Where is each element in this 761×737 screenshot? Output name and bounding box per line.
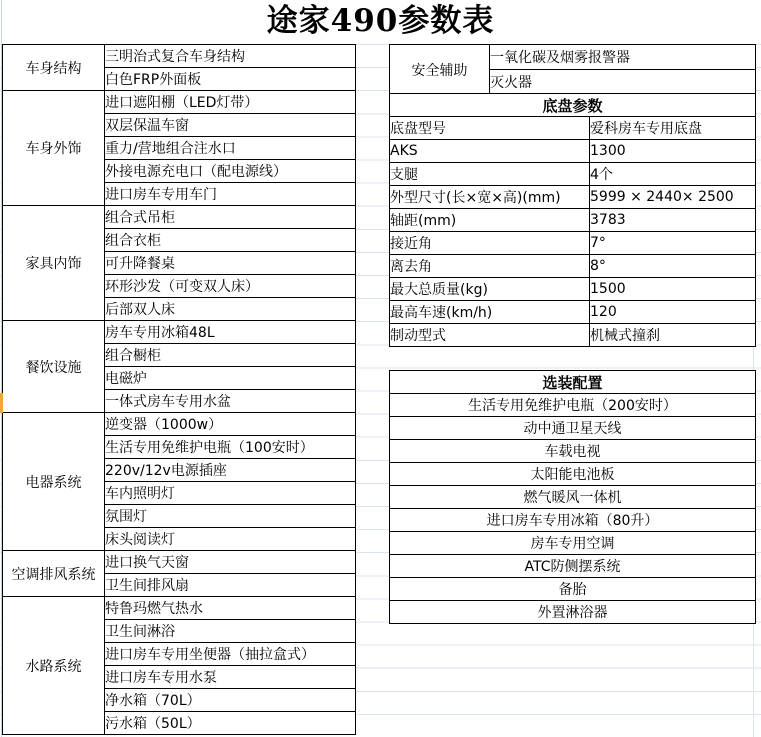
param-value-cell: 机械式撞刹 (590, 324, 756, 347)
optional-item-cell: 备胎 (390, 578, 756, 601)
page-title: 途家490参数表 (0, 0, 761, 44)
feature-item-cell: 双层保温车窗 (105, 114, 356, 137)
feature-item-cell: 组合衣柜 (105, 229, 356, 252)
param-value-cell: 120 (590, 301, 756, 324)
param-value-cell: 8° (590, 255, 756, 278)
table-row: 离去角8° (390, 255, 756, 278)
optional-item-cell: 车载电视 (390, 440, 756, 463)
table-row: AKS1300 (390, 140, 756, 163)
table-row: 空调排风系统进口换气天窗 (3, 551, 356, 574)
table-row: 太阳能电池板 (390, 463, 756, 486)
param-value-cell: 5999 × 2440× 2500 (590, 186, 756, 209)
table-row: 水路系统特鲁玛燃气热水 (3, 597, 356, 620)
optional-item-cell: 房车专用空调 (390, 532, 756, 555)
param-value-cell: 4个 (590, 163, 756, 186)
optional-item-cell: 动中通卫星天线 (390, 417, 756, 440)
table-row: 底盘型号爱科房车专用底盘 (390, 117, 756, 140)
table-row: 动中通卫星天线 (390, 417, 756, 440)
category-cell: 电器系统 (3, 413, 105, 551)
feature-item-cell: 生活专用免维护电瓶（100安时） (105, 436, 356, 459)
param-label-cell: 外型尺寸(长×宽×高)(mm) (390, 186, 590, 209)
safety-item-cell: 灭火器 (490, 70, 756, 95)
param-label-cell: 底盘型号 (390, 117, 590, 140)
param-value-cell: 1300 (590, 140, 756, 163)
feature-item-cell: 可升降餐桌 (105, 252, 356, 275)
table-row: 电器系统逆变器（1000w） (3, 413, 356, 436)
table-row: 接近角7° (390, 232, 756, 255)
category-cell: 车身外饰 (3, 91, 105, 206)
safety-item-cell: 一氧化碳及烟雾报警器 (490, 45, 756, 70)
table-row: 车载电视 (390, 440, 756, 463)
param-value-cell: 1500 (590, 278, 756, 301)
optional-item-cell: 进口房车专用冰箱（80升） (390, 509, 756, 532)
feature-item-cell: 进口房车专用坐便器（抽拉盒式） (105, 643, 356, 666)
optional-config-table: 选装配置生活专用免维护电瓶（200安时）动中通卫星天线车载电视太阳能电池板燃气暖… (389, 370, 756, 624)
feature-item-cell: 环形沙发（可变双人床） (105, 275, 356, 298)
category-cell: 安全辅助 (390, 45, 490, 95)
chassis-header-cell: 底盘参数 (390, 94, 756, 117)
table-row: 最高车速(km/h)120 (390, 301, 756, 324)
table-row: 家具内饰组合式吊柜 (3, 206, 356, 229)
feature-item-cell: 白色FRP外面板 (105, 68, 356, 91)
table-row: 餐饮设施房车专用冰箱48L (3, 321, 356, 344)
optional-item-cell: 燃气暖风一体机 (390, 486, 756, 509)
optional-item-cell: 生活专用免维护电瓶（200安时） (390, 394, 756, 417)
table-row: 进口房车专用冰箱（80升） (390, 509, 756, 532)
param-label-cell: 轴距(mm) (390, 209, 590, 232)
safety-assist-table: 安全辅助一氧化碳及烟雾报警器灭火器 (389, 44, 756, 95)
sheet-left-gridline (1, 0, 2, 737)
param-label-cell: 制动型式 (390, 324, 590, 347)
feature-item-cell: 后部双人床 (105, 298, 356, 321)
param-value-cell: 3783 (590, 209, 756, 232)
feature-item-cell: 逆变器（1000w） (105, 413, 356, 436)
category-cell: 空调排风系统 (3, 551, 105, 597)
feature-item-cell: 进口换气天窗 (105, 551, 356, 574)
feature-item-cell: 污水箱（50L） (105, 712, 356, 735)
category-cell: 家具内饰 (3, 206, 105, 321)
table-row: 房车专用空调 (390, 532, 756, 555)
optional-header-cell: 选装配置 (390, 371, 756, 394)
optional-item-cell: 太阳能电池板 (390, 463, 756, 486)
feature-item-cell: 重力/营地组合注水口 (105, 137, 356, 160)
feature-item-cell: 组合橱柜 (105, 344, 356, 367)
table-row: 支腿4个 (390, 163, 756, 186)
table-row: 外置淋浴器 (390, 601, 756, 624)
param-label-cell: 支腿 (390, 163, 590, 186)
feature-item-cell: 一体式房车专用水盆 (105, 390, 356, 413)
chassis-parameters-table: 底盘参数底盘型号爱科房车专用底盘AKS1300支腿4个外型尺寸(长×宽×高)(m… (389, 93, 756, 347)
table-row: 车身外饰进口遮阳棚（LED灯带） (3, 91, 356, 114)
table-row: ATC防侧摆系统 (390, 555, 756, 578)
table-row: 安全辅助一氧化碳及烟雾报警器 (390, 45, 756, 70)
category-cell: 车身结构 (3, 45, 105, 91)
table-row: 外型尺寸(长×宽×高)(mm)5999 × 2440× 2500 (390, 186, 756, 209)
feature-item-cell: 氛围灯 (105, 505, 356, 528)
table-row: 最大总质量(kg)1500 (390, 278, 756, 301)
feature-item-cell: 三明治式复合车身结构 (105, 45, 356, 68)
param-label-cell: 最高车速(km/h) (390, 301, 590, 324)
table-row: 备胎 (390, 578, 756, 601)
feature-item-cell: 组合式吊柜 (105, 206, 356, 229)
feature-item-cell: 特鲁玛燃气热水 (105, 597, 356, 620)
optional-item-cell: ATC防侧摆系统 (390, 555, 756, 578)
feature-item-cell: 外接电源充电口（配电源线） (105, 160, 356, 183)
param-value-cell: 7° (590, 232, 756, 255)
feature-item-cell: 卫生间淋浴 (105, 620, 356, 643)
features-table: 车身结构三明治式复合车身结构白色FRP外面板车身外饰进口遮阳棚（LED灯带）双层… (2, 44, 356, 735)
param-label-cell: 离去角 (390, 255, 590, 278)
feature-item-cell: 电磁炉 (105, 367, 356, 390)
feature-item-cell: 卫生间排风扇 (105, 574, 356, 597)
param-label-cell: 最大总质量(kg) (390, 278, 590, 301)
feature-item-cell: 进口房车专用水泵 (105, 666, 356, 689)
table-row: 底盘参数 (390, 94, 756, 117)
category-cell: 水路系统 (3, 597, 105, 735)
table-row: 选装配置 (390, 371, 756, 394)
feature-item-cell: 房车专用冰箱48L (105, 321, 356, 344)
feature-item-cell: 净水箱（70L） (105, 689, 356, 712)
feature-item-cell: 220v/12v电源插座 (105, 459, 356, 482)
optional-item-cell: 外置淋浴器 (390, 601, 756, 624)
param-value-cell: 爱科房车专用底盘 (590, 117, 756, 140)
param-label-cell: AKS (390, 140, 590, 163)
table-row: 轴距(mm)3783 (390, 209, 756, 232)
left-edge-accent-strip (0, 393, 3, 413)
param-label-cell: 接近角 (390, 232, 590, 255)
feature-item-cell: 进口房车专用车门 (105, 183, 356, 206)
table-row: 燃气暖风一体机 (390, 486, 756, 509)
category-cell: 餐饮设施 (3, 321, 105, 413)
table-row: 车身结构三明治式复合车身结构 (3, 45, 356, 68)
table-row: 制动型式机械式撞刹 (390, 324, 756, 347)
feature-item-cell: 床头阅读灯 (105, 528, 356, 551)
feature-item-cell: 车内照明灯 (105, 482, 356, 505)
table-row: 生活专用免维护电瓶（200安时） (390, 394, 756, 417)
feature-item-cell: 进口遮阳棚（LED灯带） (105, 91, 356, 114)
